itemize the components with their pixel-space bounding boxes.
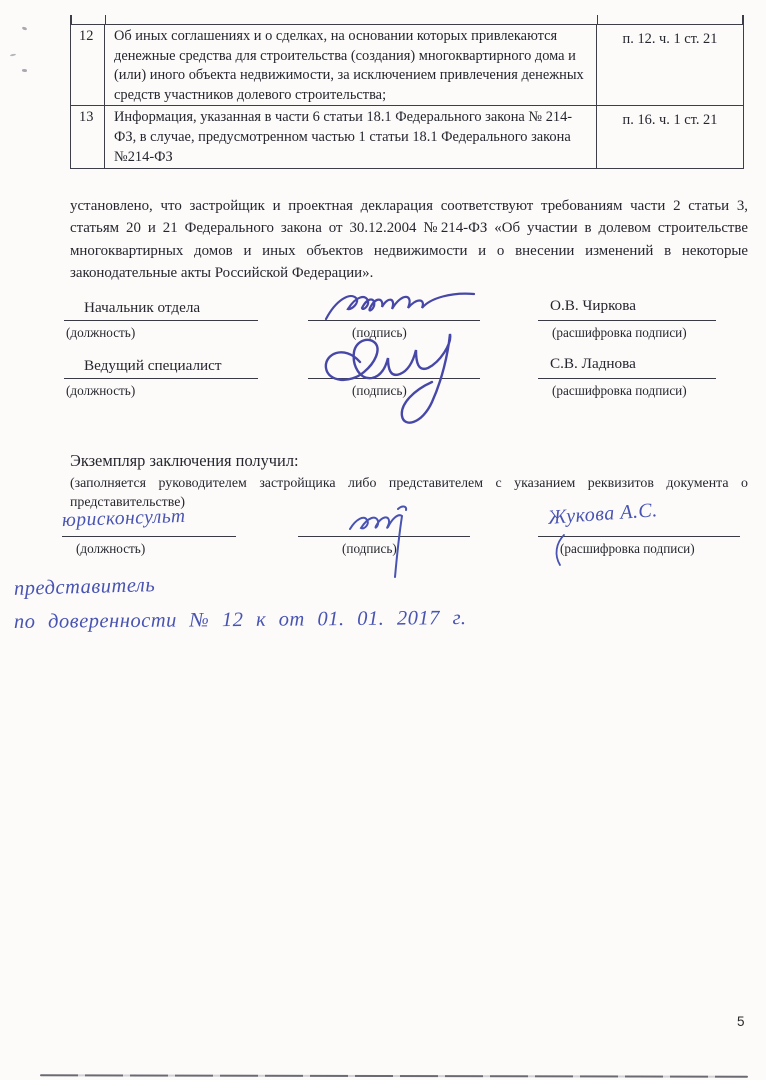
transcript-label: (расшифровка подписи)	[552, 325, 687, 341]
row-text-cell: Информация, указанная в части 6 статьи 1…	[105, 106, 597, 168]
scan-speck	[22, 69, 27, 72]
transcript-field: О.В. Чиркова	[538, 297, 716, 321]
zhukova-flourish	[552, 533, 568, 567]
scan-edge-line	[40, 1074, 748, 1078]
row-ref-cell: п. 12. ч. 1 ст. 21	[597, 25, 743, 105]
conclusion-paragraph: установлено, что застройщик и проектная …	[70, 195, 748, 284]
requirements-table: 12 Об иных соглашениях и о сделках, на о…	[70, 24, 744, 169]
row-number-cell: 13	[71, 106, 105, 168]
transcript-label: (расшифровка подписи)	[552, 383, 687, 399]
row-number-cell: 12	[71, 25, 105, 105]
table-border-stub	[105, 15, 107, 24]
handwritten-position: юрисконсульт	[62, 506, 186, 532]
row-text-cell: Об иных соглашениях и о сделках, на осно…	[105, 25, 597, 105]
table-row: 13 Информация, указанная в части 6 стать…	[71, 105, 743, 168]
position-label: (должность)	[76, 541, 145, 557]
handwritten-note-line1: представитель	[14, 574, 156, 601]
table-border-stub	[597, 15, 599, 24]
table-border-stub	[70, 15, 72, 24]
zhukova-signature	[346, 497, 416, 582]
page-number: 5	[737, 1014, 745, 1029]
transcript-label: (расшифровка подписи)	[560, 541, 695, 557]
table-row: 12 Об иных соглашениях и о сделках, на о…	[71, 25, 743, 105]
position-field: Начальник отдела	[64, 299, 258, 321]
receipt-heading: Экземпляр заключения получил:	[70, 451, 299, 471]
chirkova-signature	[322, 286, 482, 326]
table-border-stub	[742, 15, 744, 24]
position-label: (должность)	[66, 325, 135, 341]
position-label: (должность)	[66, 383, 135, 399]
transcript-field: С.В. Ладнова	[538, 355, 716, 379]
handwritten-note-line2: по доверенности № 12 к от 01. 01. 2017 г…	[14, 607, 467, 634]
ladnova-signature	[316, 328, 486, 428]
document-page: 12 Об иных соглашениях и о сделках, на о…	[0, 0, 766, 1080]
scan-speck	[22, 26, 28, 31]
position-field: Ведущий специалист	[64, 357, 258, 379]
scan-speck	[10, 53, 16, 56]
row-ref-cell: п. 16. ч. 1 ст. 21	[597, 106, 743, 168]
